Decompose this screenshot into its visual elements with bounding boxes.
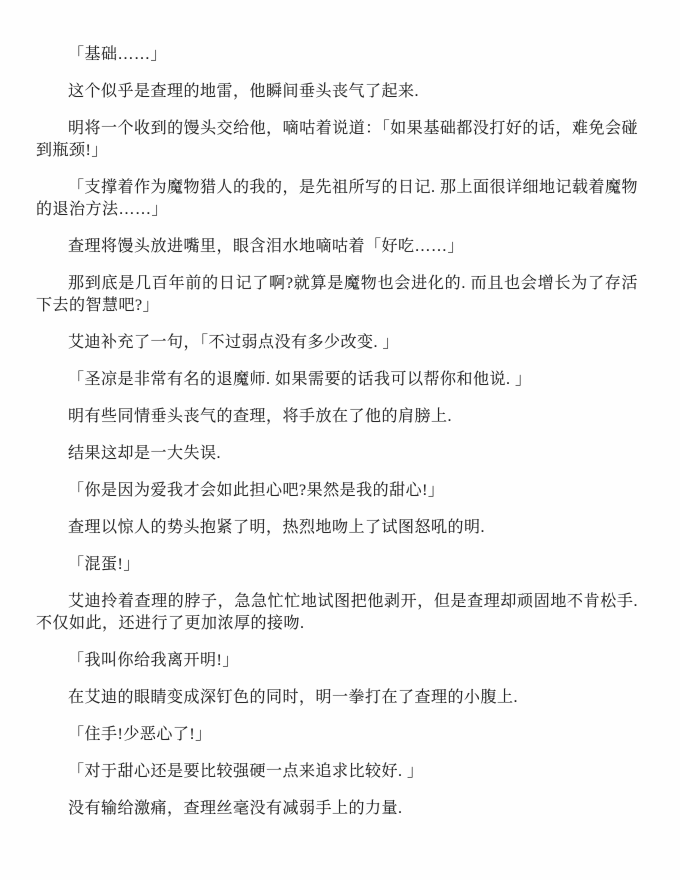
paragraph: 明有些同情垂头丧气的查理，将手放在了他的肩膀上.	[36, 406, 638, 428]
paragraph: 「圣凉是非常有名的退魔师. 如果需要的话我可以帮你和他说. 」	[36, 369, 638, 391]
paragraph: 在艾迪的眼睛变成深钉色的同时，明一拳打在了查理的小腹上.	[36, 687, 638, 709]
paragraph: 查理将馒头放进嘴里，眼含泪水地嘀咕着「好吃……」	[36, 236, 638, 258]
paragraph: 结果这却是一大失误.	[36, 443, 638, 465]
paragraph: 这个似乎是查理的地雷，他瞬间垂头丧气了起来.	[36, 81, 638, 103]
paragraph: 「支撑着作为魔物猎人的我的，是先祖所写的日记. 那上面很详细地记载着魔物的退治方…	[36, 177, 638, 221]
paragraph: 「基础……」	[36, 44, 638, 66]
novel-page: 「基础……」 这个似乎是查理的地雷，他瞬间垂头丧气了起来. 明将一个收到的馒头交…	[0, 0, 680, 880]
paragraph: 查理以惊人的势头抱紧了明，热烈地吻上了试图怒吼的明.	[36, 517, 638, 539]
paragraph: 艾迪拎着查理的脖子，急急忙忙地试图把他剥开，但是查理却顽固地不肯松手. 不仅如此…	[36, 591, 638, 635]
paragraph: 「我叫你给我离开明!」	[36, 650, 638, 672]
paragraph: 明将一个收到的馒头交给他，嘀咕着说道：「如果基础都没打好的话，难免会碰到瓶颈!」	[36, 118, 638, 162]
paragraph: 艾迪补充了一句，「不过弱点没有多少改变. 」	[36, 332, 638, 354]
paragraph: 「住手!少恶心了!」	[36, 724, 638, 746]
paragraph: 没有输给激痛，查理丝毫没有减弱手上的力量.	[36, 798, 638, 820]
paragraph: 「对于甜心还是要比较强硬一点来追求比较好. 」	[36, 761, 638, 783]
paragraph: 那到底是几百年前的日记了啊?就算是魔物也会进化的. 而且也会增长为了存活下去的智…	[36, 273, 638, 317]
paragraph: 「混蛋!」	[36, 554, 638, 576]
paragraph: 「你是因为爱我才会如此担心吧?果然是我的甜心!」	[36, 480, 638, 502]
